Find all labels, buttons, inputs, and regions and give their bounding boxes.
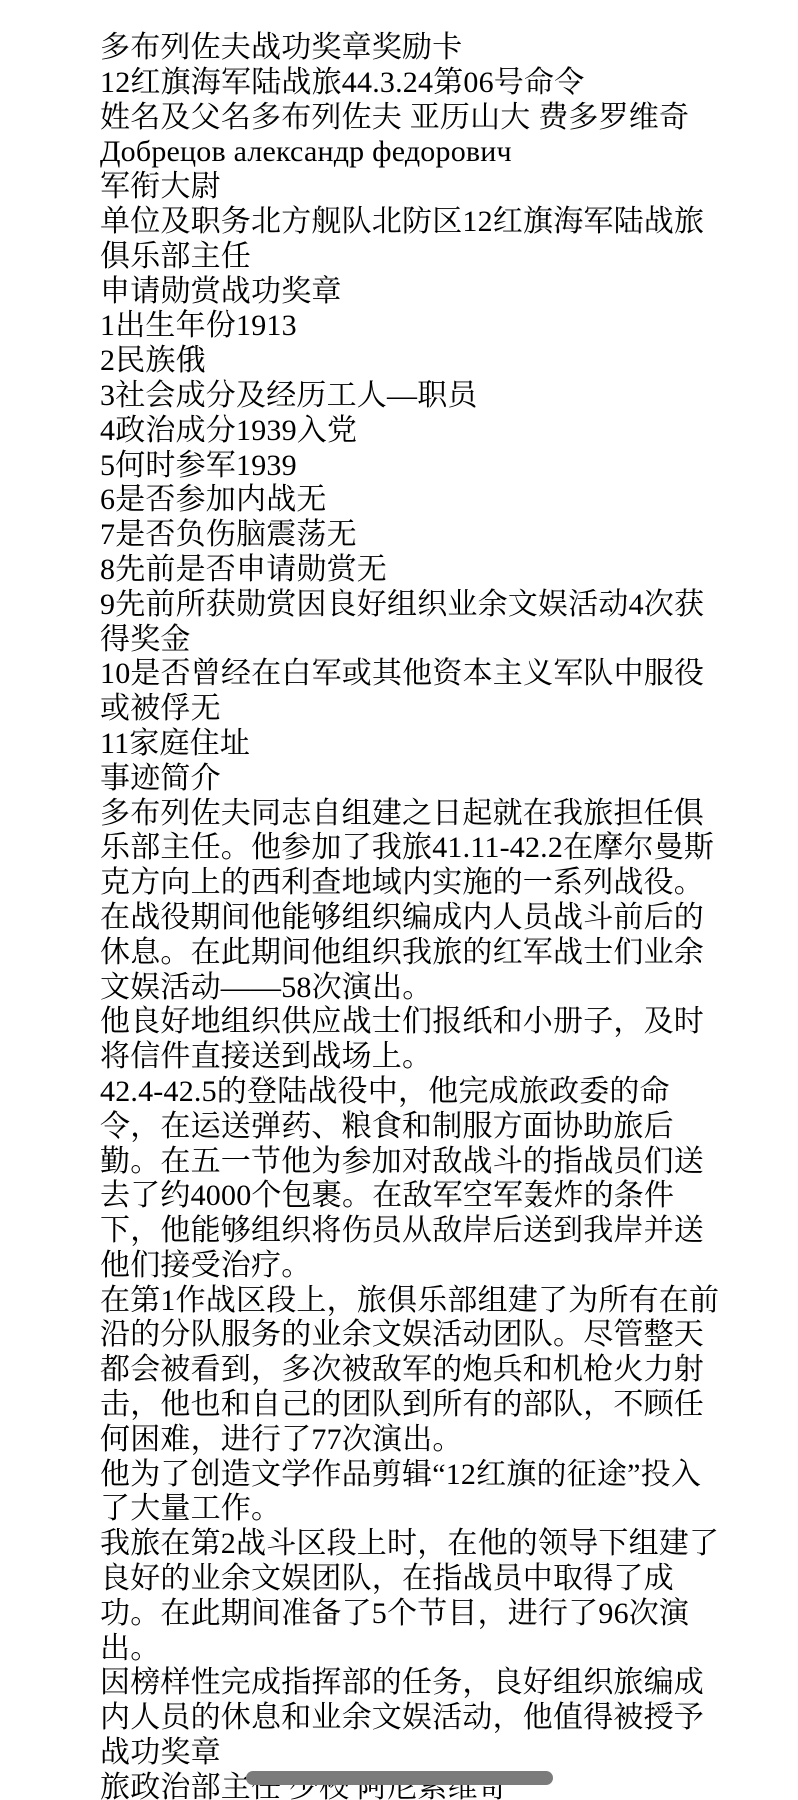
document-text-block: 多布列佐夫战功奖章奖励卡12红旗海军陆战旅44.3.24第06号命令姓名及父名多… [100,31,740,1800]
text-line: 6是否参加内战无 [100,483,740,518]
text-line: 7是否负伤脑震荡无 [100,518,740,553]
text-line: 休息。在此期间他组织我旅的红军战士们业余 [100,936,740,971]
text-line: 击，他也和自己的团队到所有的部队，不顾任 [100,1388,740,1423]
text-line: 令，在运送弹药、粮食和制服方面协助旅后 [100,1110,740,1145]
document-page: 多布列佐夫战功奖章奖励卡12红旗海军陆战旅44.3.24第06号命令姓名及父名多… [0,0,798,1800]
text-line: 文娱活动——58次演出。 [100,971,740,1006]
text-line: 多布列佐夫同志自组建之日起就在我旅担任俱 [100,797,740,832]
text-line: 10是否曾经在白军或其他资本主义军队中服役 [100,657,740,692]
text-line: 多布列佐夫战功奖章奖励卡 [100,31,740,66]
text-line: 俱乐部主任 [100,240,740,275]
text-line: 申请勋赏战功奖章 [100,275,740,310]
text-line: 良好的业余文娱团队，在指战员中取得了成 [100,1562,740,1597]
text-line: 8先前是否申请勋赏无 [100,553,740,588]
text-line: 克方向上的西利查地域内实施的一系列战役。 [100,866,740,901]
text-line: 战功奖章 [100,1736,740,1771]
text-line: 功。在此期间准备了5个节目，进行了96次演 [100,1597,740,1632]
text-line: 9先前所获勋赏因良好组织业余文娱活动4次获 [100,588,740,623]
text-line: 勤。在五一节他为参加对敌战斗的指战员们送 [100,1145,740,1180]
text-line: 何困难，进行了77次演出。 [100,1423,740,1458]
text-line: 3社会成分及经历工人—职员 [100,379,740,414]
text-line: 或被俘无 [100,692,740,727]
text-line: 都会被看到，多次被敌军的炮兵和机枪火力射 [100,1353,740,1388]
text-line: 5何时参军1939 [100,449,740,484]
text-line: 得奖金 [100,623,740,658]
text-line: 事迹简介 [100,762,740,797]
text-line: Добрецов александр федорович [100,135,740,170]
text-line: 42.4-42.5的登陆战役中，他完成旅政委的命 [100,1075,740,1110]
text-line: 将信件直接送到战场上。 [100,1040,740,1075]
text-line: 内人员的休息和业余文娱活动，他值得被授予 [100,1701,740,1736]
redaction-bar [246,1771,553,1785]
text-line: 去了约4000个包裹。在敌军空军轰炸的条件 [100,1179,740,1214]
text-line: 在战役期间他能够组织编成内人员战斗前后的 [100,901,740,936]
text-line: 12红旗海军陆战旅44.3.24第06号命令 [100,66,740,101]
text-line: 11家庭住址 [100,727,740,762]
text-line: 2民族俄 [100,344,740,379]
text-line: 在第1作战区段上，旅俱乐部组建了为所有在前 [100,1284,740,1319]
text-line: 他良好地组织供应战士们报纸和小册子，及时 [100,1005,740,1040]
text-line: 姓名及父名多布列佐夫 亚历山大 费多罗维奇 [100,101,740,136]
text-line: 我旅在第2战斗区段上时，在他的领导下组建了 [100,1527,740,1562]
text-line: 他们接受治疗。 [100,1249,740,1284]
text-line: 沿的分队服务的业余文娱活动团队。尽管整天 [100,1318,740,1353]
text-line: 军衔大尉 [100,170,740,205]
text-line: 乐部主任。他参加了我旅41.11-42.2在摩尔曼斯 [100,831,740,866]
text-line: 4政治成分1939入党 [100,414,740,449]
text-line: 单位及职务北方舰队北防区12红旗海军陆战旅 [100,205,740,240]
text-line: 下，他能够组织将伤员从敌岸后送到我岸并送 [100,1214,740,1249]
text-line: 因榜样性完成指挥部的任务，良好组织旅编成 [100,1666,740,1701]
text-line: 出。 [100,1632,740,1667]
text-line: 了大量工作。 [100,1492,740,1527]
text-line: 1出生年份1913 [100,309,740,344]
text-line: 他为了创造文学作品剪辑“12红旗的征途”投入 [100,1458,740,1493]
